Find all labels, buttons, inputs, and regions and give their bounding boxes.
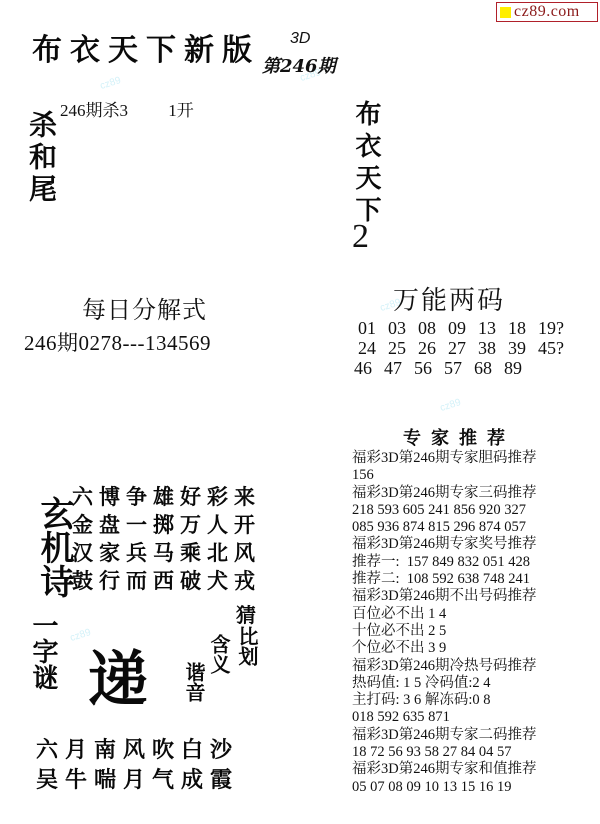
hint-char: 含 xyxy=(207,634,231,654)
expert-line: 推荐一: 157 849 832 051 428 xyxy=(352,554,536,571)
expert-line: 18 72 56 93 58 27 84 04 57 xyxy=(352,744,536,761)
wanneng-code: 47 xyxy=(384,358,414,378)
expert-line: 主打码: 3 6 解冻码:0 8 xyxy=(352,692,536,709)
expert-line: 福彩3D第246期不出号码推荐 xyxy=(352,588,536,605)
wanneng-code: 09 xyxy=(448,318,478,338)
expert-title: 专家推荐 xyxy=(403,424,515,450)
kill-text: 246期杀3 xyxy=(60,101,128,120)
wanneng-code: 45? xyxy=(538,338,568,358)
expert-line: 十位必不出 2 5 xyxy=(352,623,536,640)
hint-char: 义 xyxy=(207,654,231,674)
wanneng-code: 46 xyxy=(354,358,384,378)
expert-list: 福彩3D第246期专家胆码推荐 156 福彩3D第246期专家三码推荐 218 … xyxy=(352,450,536,796)
expert-line: 218 593 605 241 856 920 327 xyxy=(352,502,536,519)
wanneng-code: 89 xyxy=(504,358,534,378)
wanneng-code: 26 xyxy=(418,338,448,358)
badge-text: cz89.com xyxy=(514,3,580,21)
wanneng-row: 24 25 26 27 38 39 45? xyxy=(358,338,568,358)
expert-line: 福彩3D第246期专家奖号推荐 xyxy=(352,536,536,553)
riddle-hint-meaning: 含义 xyxy=(208,634,230,674)
riddle-hint-guess: 猜 xyxy=(236,604,256,626)
issue-label: 第246期 xyxy=(262,52,336,78)
poem-body: 六博争雄好彩来 金盘一掷万人开 汉家兵马乘北风 鼓行而西破犬戎 xyxy=(72,483,261,595)
game-label: 3D xyxy=(290,30,310,48)
wanneng-code: 39 xyxy=(508,338,538,358)
expert-line: 福彩3D第246期专家和值推荐 xyxy=(352,761,536,778)
riddle-hint-homophone: 谐音 xyxy=(183,662,205,702)
badge-square-icon xyxy=(500,7,511,18)
hint-char: 音 xyxy=(182,682,206,702)
watermark: cz89 xyxy=(99,75,122,92)
wanneng-code: 38 xyxy=(478,338,508,358)
wanneng-code: 57 xyxy=(444,358,474,378)
expert-line: 热码值: 1 5 冷码值:2 4 xyxy=(352,675,536,692)
expert-line: 福彩3D第246期专家三码推荐 xyxy=(352,485,536,502)
expert-line: 推荐二: 108 592 638 748 241 xyxy=(352,571,536,588)
expert-line: 085 936 874 815 296 874 057 xyxy=(352,519,536,536)
wanneng-code: 56 xyxy=(414,358,444,378)
expert-line: 个位必不出 3 9 xyxy=(352,640,536,657)
poem-heading: 玄机诗 xyxy=(34,496,74,598)
poem-line: 六博争雄好彩来 xyxy=(72,483,261,511)
wanneng-code: 27 xyxy=(448,338,478,358)
wanneng-code: 03 xyxy=(388,318,418,338)
wanneng-code: 13 xyxy=(478,318,508,338)
hint-char: 谐 xyxy=(182,662,206,682)
watermark: cz89 xyxy=(439,397,462,414)
poem-line: 鼓行而西破犬戎 xyxy=(72,567,261,595)
expert-line: 福彩3D第246期专家胆码推荐 xyxy=(352,450,536,467)
wanneng-grid: 01 03 08 09 13 18 19? 24 25 26 27 38 39 … xyxy=(358,318,568,378)
wanneng-code: 18 xyxy=(508,318,538,338)
riddle-hint-gesture: 比划 xyxy=(236,626,258,666)
verse-line: 六月南风吹白沙 xyxy=(36,735,239,765)
expert-line: 福彩3D第246期冷热号码推荐 xyxy=(352,658,536,675)
buyi-number: 2 xyxy=(352,218,369,256)
expert-line: 05 07 08 09 10 13 15 16 19 xyxy=(352,779,536,796)
main-title: 布衣天下新版 xyxy=(32,25,260,69)
expert-line: 018 592 635 871 xyxy=(352,709,536,726)
verse: 六月南风吹白沙 吴牛喘月气成霞 xyxy=(36,735,239,795)
site-badge[interactable]: cz89.com xyxy=(496,2,598,22)
buyi-vertical-label: 布衣天下 xyxy=(348,100,385,228)
expert-line: 百位必不出 1 4 xyxy=(352,606,536,623)
open-text: 1开 xyxy=(168,101,194,120)
poem-line: 金盘一掷万人开 xyxy=(72,511,261,539)
wanneng-code: 01 xyxy=(358,318,388,338)
riddle-heading: 一字谜 xyxy=(28,612,58,690)
wanneng-row: 46 47 56 57 68 89 xyxy=(354,358,568,378)
verse-line: 吴牛喘月气成霞 xyxy=(36,765,239,795)
wanneng-code: 08 xyxy=(418,318,448,338)
wanneng-code: 68 xyxy=(474,358,504,378)
daily-title: 每日分解式 xyxy=(82,290,207,325)
wanneng-code: 24 xyxy=(358,338,388,358)
kill-line: 246期杀3 1开 xyxy=(60,96,230,121)
hint-char: 比 xyxy=(235,626,259,646)
wanneng-row: 01 03 08 09 13 18 19? xyxy=(358,318,568,338)
wanneng-code: 25 xyxy=(388,338,418,358)
wanneng-title: 万能两码 xyxy=(393,280,505,317)
riddle-character: 递 xyxy=(88,632,148,718)
expert-line: 156 xyxy=(352,467,536,484)
daily-line: 246期0278---134569 xyxy=(24,327,211,357)
poem-line: 汉家兵马乘北风 xyxy=(72,539,261,567)
hint-char: 划 xyxy=(235,646,259,666)
wanneng-code: 19? xyxy=(538,318,568,338)
kill-vertical-label: 杀和尾 xyxy=(24,110,58,206)
expert-line: 福彩3D第246期专家二码推荐 xyxy=(352,727,536,744)
